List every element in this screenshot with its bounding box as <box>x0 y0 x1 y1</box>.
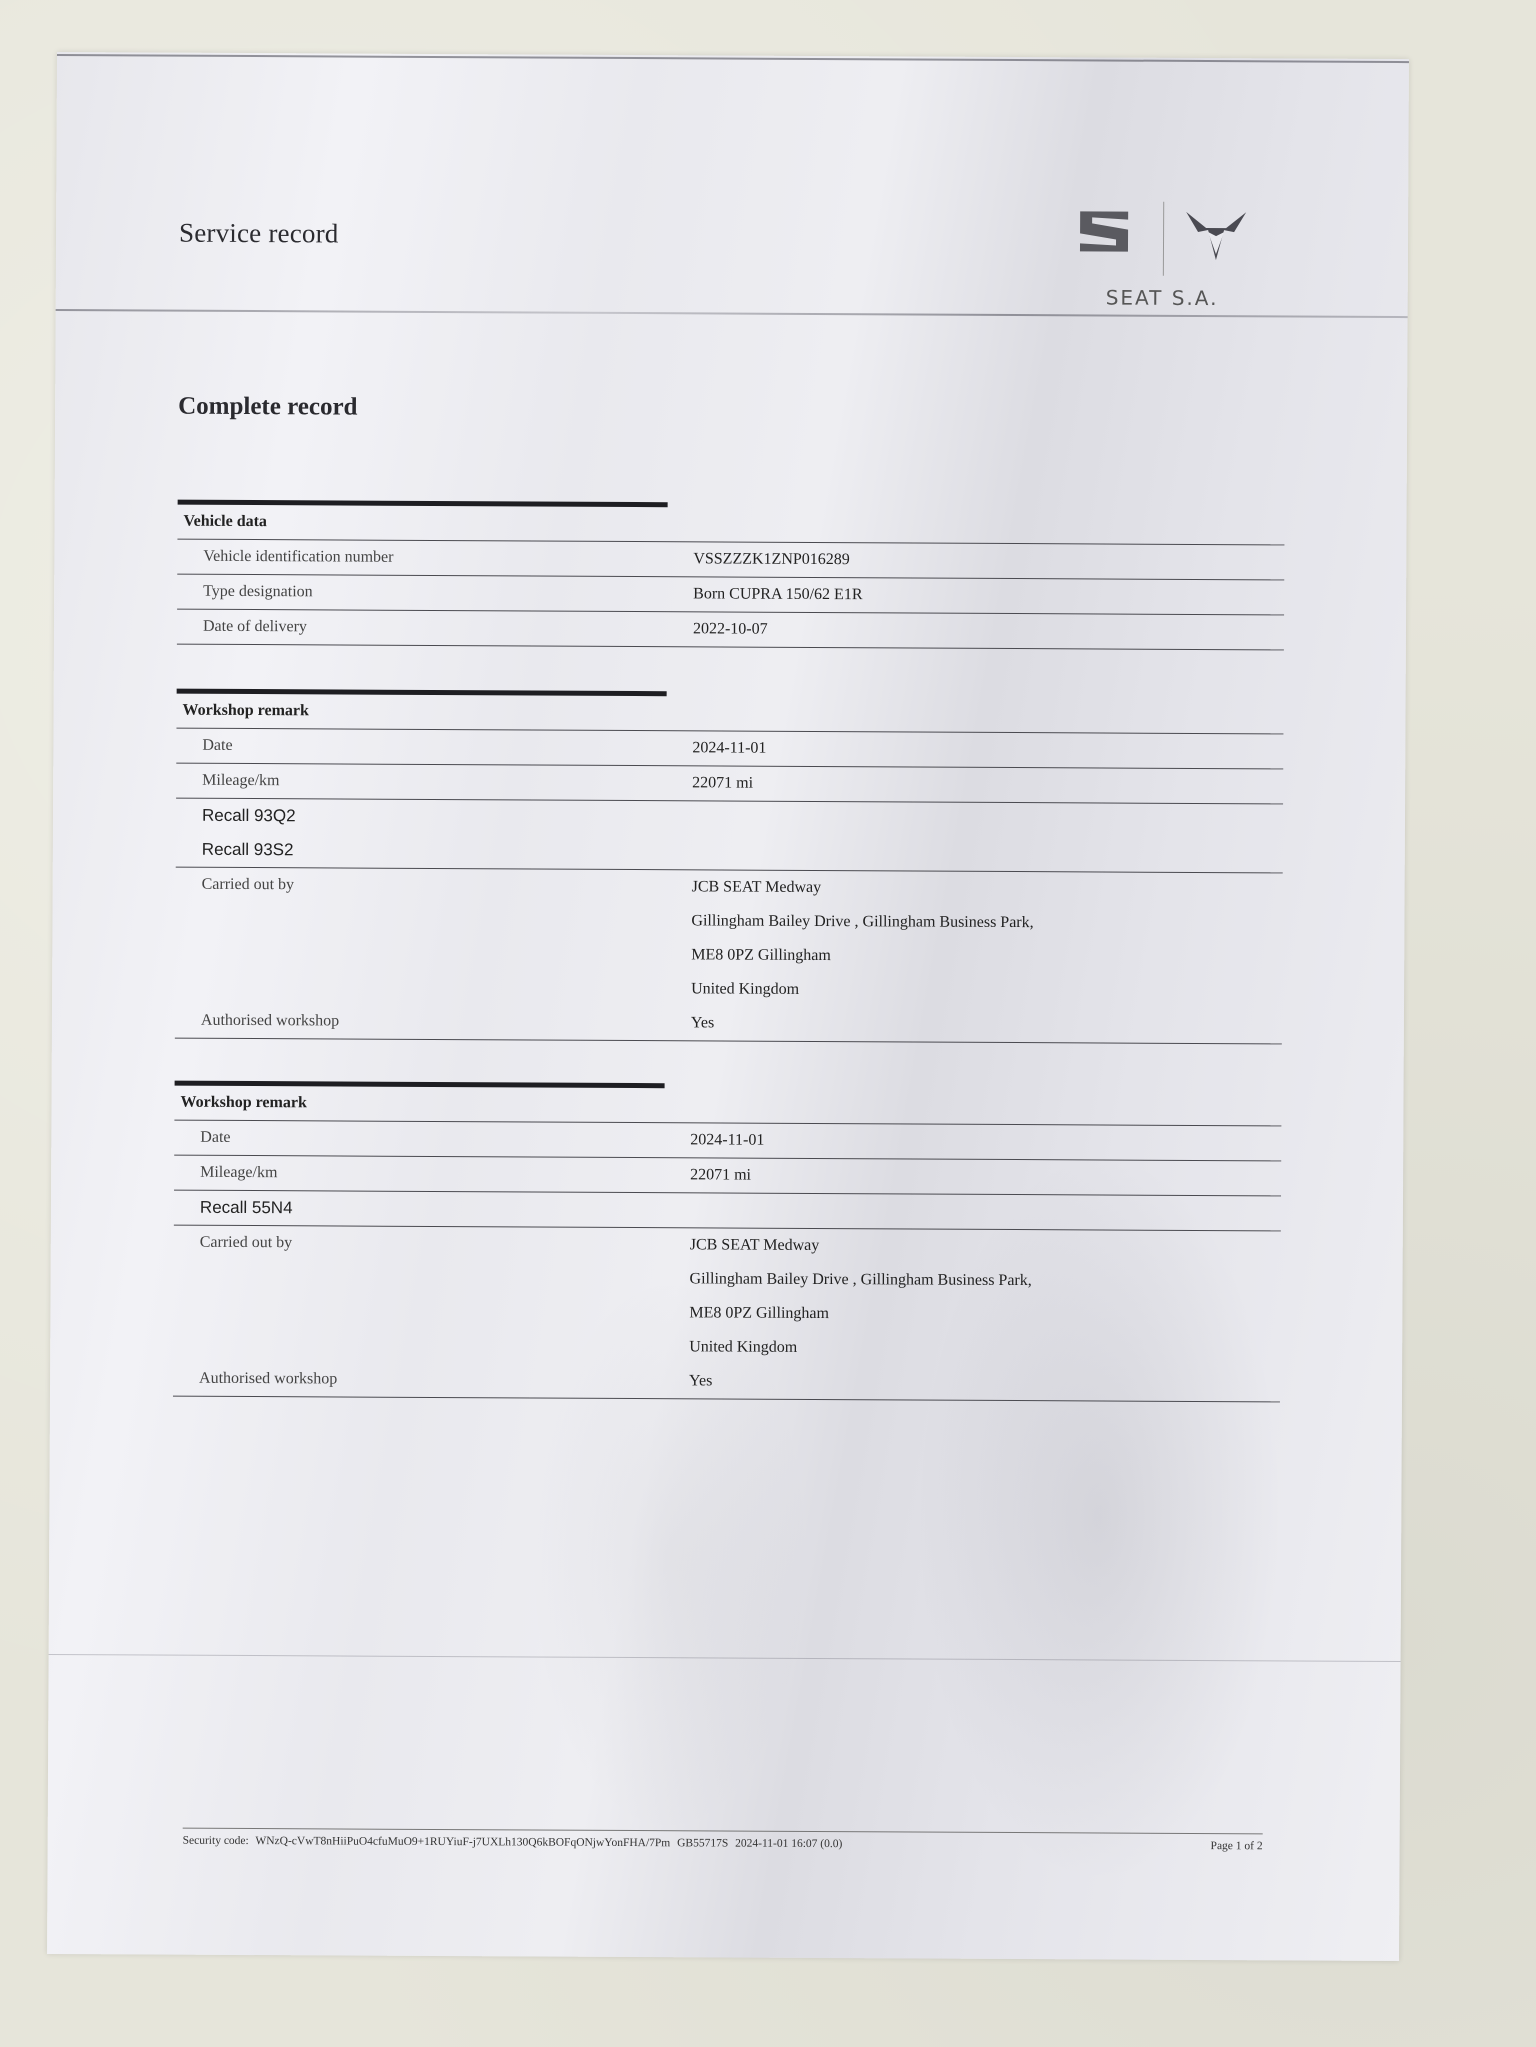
table-row: Recall 55N4 <box>174 1191 1281 1232</box>
table-row: Mileage/km 22071 mi <box>174 1156 1281 1197</box>
table-row: Date 2024-11-01 <box>176 729 1283 770</box>
company-name: SEAT S.A. <box>1106 285 1219 310</box>
delivery-date-value: 2022-10-07 <box>693 612 1284 649</box>
recall-item: Recall 93Q2 <box>176 799 692 836</box>
type-designation-label: Type designation <box>177 575 693 612</box>
recall-item: Recall 93S2 <box>176 833 692 870</box>
carried-out-value: JCB SEAT Medway Gillingham Bailey Drive … <box>689 1228 1281 1367</box>
document-header-title: Service record <box>179 218 339 250</box>
vehicle-data-section: Vehicle data Vehicle identification numb… <box>177 500 1285 651</box>
vin-label: Vehicle identification number <box>177 540 693 577</box>
security-code-value: WNzQ-cVwT8nHiiPuO4cfuMuO9+1RUYiuF-j7UXLh… <box>255 1835 670 1849</box>
vehicle-data-heading: Vehicle data <box>177 505 1284 546</box>
carried-out-value: JCB SEAT Medway Gillingham Bailey Drive … <box>691 870 1283 1009</box>
paper-fold <box>49 1654 1401 1662</box>
date-label: Date <box>174 1121 690 1158</box>
page-number: Page 1 of 2 <box>1211 1840 1263 1852</box>
workshop-address-line: ME8 0PZ Gillingham <box>689 1296 1280 1333</box>
security-code-label: Security code: <box>183 1835 249 1847</box>
date-value: 2024-11-01 <box>690 1123 1281 1160</box>
table-row: Vehicle identification number VSSZZZK1ZN… <box>177 540 1284 581</box>
type-designation-value: Born CUPRA 150/62 E1R <box>693 577 1284 614</box>
workshop-address-line: Gillingham Bailey Drive , Gillingham Bus… <box>689 1262 1280 1299</box>
authorised-label: Authorised workshop <box>173 1362 689 1399</box>
section-title: Complete record <box>178 393 357 422</box>
recall-item: Recall 55N4 <box>174 1191 690 1228</box>
workshop-address-line: United Kingdom <box>689 1330 1280 1367</box>
table-row: Type designation Born CUPRA 150/62 E1R <box>177 575 1284 616</box>
carried-out-label: Carried out by <box>176 868 692 905</box>
workshop-address-line: United Kingdom <box>691 972 1282 1009</box>
workshop-address-line: ME8 0PZ Gillingham <box>691 938 1282 975</box>
document-footer: Security code: WNzQ-cVwT8nHiiPuO4cfuMuO9… <box>183 1835 1263 1853</box>
table-row: Date of delivery 2022-10-07 <box>177 610 1284 651</box>
dealer-code: GB55717S <box>677 1837 728 1849</box>
table-row: Mileage/km 22071 mi <box>176 764 1283 805</box>
service-record-page: Service record SEAT S.A. Complete record… <box>47 52 1409 1961</box>
security-info: Security code: WNzQ-cVwT8nHiiPuO4cfuMuO9… <box>183 1835 847 1850</box>
workshop-remark-section-1: Workshop remark Date 2024-11-01 Mileage/… <box>175 689 1284 1045</box>
table-row: Carried out by JCB SEAT Medway Gillingha… <box>175 868 1283 1010</box>
mileage-label: Mileage/km <box>176 764 692 801</box>
table-row: Authorised workshop Yes <box>173 1362 1280 1403</box>
workshop-name: JCB SEAT Medway <box>690 1228 1281 1265</box>
table-row: Recall 93S2 <box>176 833 1283 874</box>
seat-logo-icon <box>1078 209 1130 253</box>
authorised-label: Authorised workshop <box>175 1004 691 1041</box>
footer-divider <box>183 1828 1263 1835</box>
workshop-remark-heading: Workshop remark <box>174 1086 1281 1127</box>
delivery-date-label: Date of delivery <box>177 610 693 647</box>
date-value: 2024-11-01 <box>692 731 1283 768</box>
mileage-value: 22071 mi <box>690 1158 1281 1195</box>
workshop-remark-heading: Workshop remark <box>176 694 1283 735</box>
mileage-value: 22071 mi <box>692 766 1283 803</box>
mileage-label: Mileage/km <box>174 1156 690 1193</box>
table-row: Date 2024-11-01 <box>174 1121 1281 1162</box>
carried-out-label: Carried out by <box>174 1226 690 1263</box>
table-row: Recall 93Q2 <box>176 799 1283 839</box>
print-timestamp: 2024-11-01 16:07 (0.0) <box>735 1838 842 1851</box>
vin-value: VSSZZZK1ZNP016289 <box>693 542 1284 579</box>
workshop-name: JCB SEAT Medway <box>692 870 1283 907</box>
table-row: Authorised workshop Yes <box>175 1004 1282 1045</box>
table-row: Carried out by JCB SEAT Medway Gillingha… <box>173 1226 1281 1368</box>
logo-divider <box>1163 202 1164 276</box>
workshop-address-line: Gillingham Bailey Drive , Gillingham Bus… <box>691 904 1282 941</box>
brand-logos: SEAT S.A. <box>1066 197 1267 318</box>
cupra-logo-icon <box>1184 210 1248 262</box>
authorised-value: Yes <box>689 1364 1280 1401</box>
workshop-remark-section-2: Workshop remark Date 2024-11-01 Mileage/… <box>173 1081 1282 1403</box>
date-label: Date <box>176 729 692 766</box>
authorised-value: Yes <box>691 1006 1282 1043</box>
paper-top-edge <box>57 54 1409 63</box>
